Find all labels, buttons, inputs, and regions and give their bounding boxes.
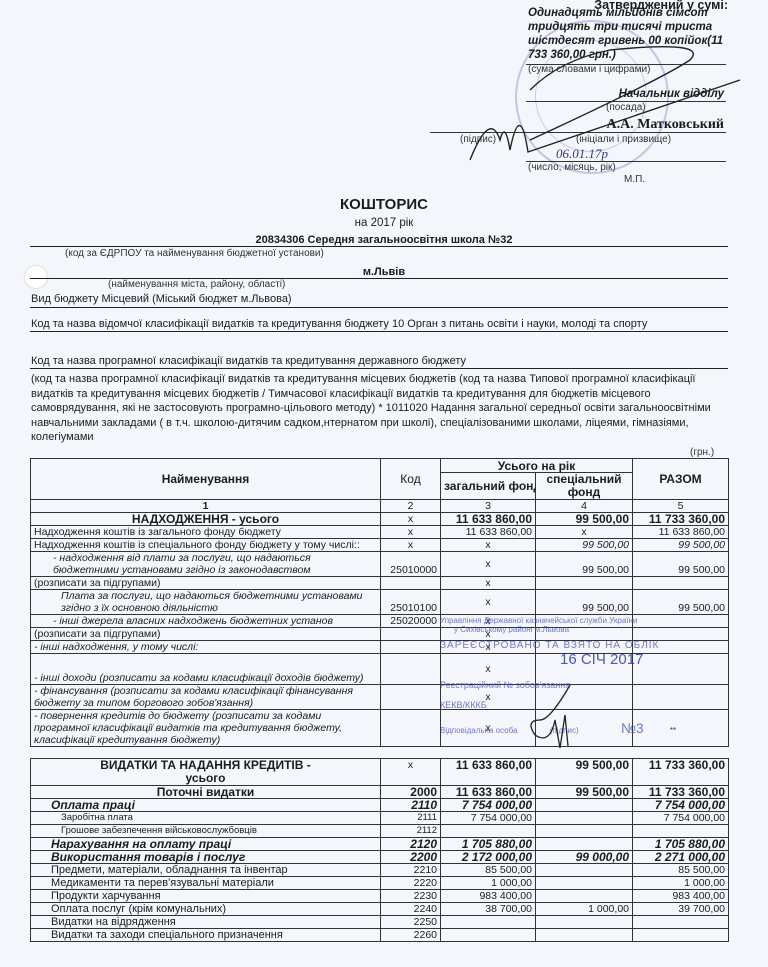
treasury-stamp-number: №3: [621, 720, 644, 736]
cell-name: Видатки та заходи спеціального призначен…: [31, 929, 381, 942]
table-row: ВИДАТКИ ТА НАДАННЯ КРЕДИТІВ - усьогох11 …: [31, 759, 729, 786]
cell-general: 1 000,00: [441, 877, 536, 890]
cell-general: 1 705 880,00: [441, 838, 536, 851]
cell-code: 2000: [381, 786, 441, 799]
cell-name: Оплата послуг (крім комунальних): [31, 903, 381, 916]
cell-general: 2 172 000,00: [441, 851, 536, 864]
cell-total: 7 754 000,00: [633, 812, 729, 825]
cell-special: 99 500,00: [536, 759, 633, 786]
cell-total: 99 500,00: [633, 539, 729, 552]
cell-name: (розписати за підгрупами): [31, 628, 381, 641]
cell-special: [536, 838, 633, 851]
cell-general: 11 633 860,00: [441, 513, 536, 526]
treasury-signature-icon: [520, 680, 600, 750]
cell-total: 11 733 360,00: [633, 786, 729, 799]
col-header-code: Код: [381, 459, 441, 500]
cell-name: Грошове забезпечення військовослужбовців: [31, 825, 381, 838]
col-num: 3: [441, 500, 536, 513]
table-row: Грошове забезпечення військовослужбовців…: [31, 825, 729, 838]
table-row: Надходження коштів із загального фонду б…: [31, 526, 729, 539]
document-year: на 2017 рік: [0, 217, 768, 229]
cell-total: 39 700,00: [633, 903, 729, 916]
cell-special: [536, 864, 633, 877]
cell-total: 11 733 360,00: [633, 513, 729, 526]
cell-total: 7 754 000,00: [633, 799, 729, 812]
signature-scribble-icon: [410, 20, 768, 180]
institution-caption: (код за ЄДРПОУ та найменування бюджетної…: [65, 248, 324, 259]
cell-special: х: [536, 526, 633, 539]
approval-block: Затверджений у сумі: Одинадцять мільйоні…: [440, 0, 768, 190]
table-row: Використання товарів і послуг22002 172 0…: [31, 851, 729, 864]
program-classification: Код та назва програмної класифікації вид…: [31, 355, 466, 367]
city-name: м.Львів: [0, 266, 768, 278]
col-num: 4: [536, 500, 633, 513]
treasury-stamp-line1: Управління Державної казначейської служб…: [440, 616, 690, 625]
local-classification: (код та назва програмної класифікації ви…: [31, 372, 731, 445]
cell-name: Поточні видатки: [31, 786, 381, 799]
cell-name: Медикаменти та перев'язувальні матеріали: [31, 877, 381, 890]
table-row: Заробітна плата21117 754 000,007 754 000…: [31, 812, 729, 825]
budget-type: Вид бюджету Місцевий (Міський бюджет м.Л…: [31, 293, 292, 305]
cell-name: НАДХОДЖЕННЯ - усього: [31, 513, 381, 526]
city-caption: (найменування міста, району, області): [108, 279, 285, 290]
cell-general: х: [441, 552, 536, 577]
table-row: Оплата послуг (крім комунальних)224038 7…: [31, 903, 729, 916]
cell-total: 1 000,00: [633, 877, 729, 890]
expense-table: ВИДАТКИ ТА НАДАННЯ КРЕДИТІВ - усьогох11 …: [30, 758, 729, 942]
cell-special: 99 500,00: [536, 590, 633, 615]
cell-name: Нарахування на оплату праці: [31, 838, 381, 851]
cell-special: [536, 916, 633, 929]
cell-code: 2250: [381, 916, 441, 929]
cell-total: 99 500,00: [633, 590, 729, 615]
cell-general: 11 633 860,00: [441, 526, 536, 539]
cell-code: [381, 710, 441, 747]
cell-special: 99 500,00: [536, 513, 633, 526]
table-row: НАДХОДЖЕННЯ - усьогох11 633 860,0099 500…: [31, 513, 729, 526]
cell-code: х: [381, 513, 441, 526]
table-row: - надходження від плати за послуги, що н…: [31, 552, 729, 577]
cell-code: [381, 577, 441, 590]
cell-code: 2112: [381, 825, 441, 838]
cell-name: - інші доходи (розписати за кодами класи…: [31, 654, 381, 685]
cell-total: [633, 825, 729, 838]
cell-special: [536, 825, 633, 838]
cell-general: 983 400,00: [441, 890, 536, 903]
cell-code: [381, 641, 441, 654]
cell-special: 1 000,00: [536, 903, 633, 916]
cell-total: 85 500,00: [633, 864, 729, 877]
cell-general: 38 700,00: [441, 903, 536, 916]
cell-special: 99 000,00: [536, 851, 633, 864]
cell-total: 983 400,00: [633, 890, 729, 903]
cell-name: Заробітна плата: [31, 812, 381, 825]
currency-label: (грн.): [690, 447, 714, 458]
cell-code: х: [381, 539, 441, 552]
table-row: Нарахування на оплату праці21201 705 880…: [31, 838, 729, 851]
cell-total: 11 633 860,00: [633, 526, 729, 539]
cell-general: 85 500,00: [441, 864, 536, 877]
cell-general: 7 754 000,00: [441, 799, 536, 812]
cell-code: х: [381, 759, 441, 786]
cell-name: ВИДАТКИ ТА НАДАННЯ КРЕДИТІВ - усього: [31, 759, 381, 786]
table-row: Продукти харчування2230983 400,00983 400…: [31, 890, 729, 903]
cell-special: 99 500,00: [536, 539, 633, 552]
document-title: КОШТОРИС: [0, 196, 768, 213]
cell-code: [381, 654, 441, 685]
treasury-stamp-date: 16 СІЧ 2017: [440, 651, 690, 668]
cell-name: - фінансування (розписати за кодами клас…: [31, 685, 381, 710]
col-header-sum: РАЗОМ: [633, 459, 729, 500]
table-row: (розписати за підгрупами)х: [31, 577, 729, 590]
cell-special: 99 500,00: [536, 552, 633, 577]
col-header-total-year: Усього на рік: [441, 459, 633, 473]
cell-code: 25020000: [381, 615, 441, 628]
table-row: Плата за послуги, що надаються бюджетним…: [31, 590, 729, 615]
cell-name: Предмети, матеріали, обладнання та інвен…: [31, 864, 381, 877]
cell-code: 25010100: [381, 590, 441, 615]
col-num: 1: [31, 500, 381, 513]
cell-name: - інші джерела власних надходжень бюджет…: [31, 615, 381, 628]
cell-general: [441, 916, 536, 929]
cell-general: 7 754 000,00: [441, 812, 536, 825]
cell-special: [536, 929, 633, 942]
cell-code: 2120: [381, 838, 441, 851]
table-row: Надходження коштів із спеціального фонду…: [31, 539, 729, 552]
cell-total: 99 500,00: [633, 552, 729, 577]
cell-code: 2210: [381, 864, 441, 877]
cell-name: (розписати за підгрупами): [31, 577, 381, 590]
table-row: Поточні видатки200011 633 860,0099 500,0…: [31, 786, 729, 799]
col-num: 2: [381, 500, 441, 513]
cell-general: [441, 929, 536, 942]
cell-code: 2260: [381, 929, 441, 942]
col-num: 5: [633, 500, 729, 513]
cell-special: [536, 577, 633, 590]
cell-code: 2110: [381, 799, 441, 812]
cell-total: 11 733 360,00: [633, 759, 729, 786]
cell-name: Оплата праці: [31, 799, 381, 812]
table-row: Медикаменти та перев'язувальні матеріали…: [31, 877, 729, 890]
table-row: Видатки та заходи спеціального призначен…: [31, 929, 729, 942]
table-row: Видатки на відрядження2250: [31, 916, 729, 929]
institution-name: 20834306 Середня загальноосвітня школа №…: [0, 234, 768, 246]
table-row: Оплата праці21107 754 000,007 754 000,00: [31, 799, 729, 812]
cell-general: 11 633 860,00: [441, 759, 536, 786]
treasury-stamp-registered: ЗАРЕЄСТРОВАНО ТА ВЗЯТО НА ОБЛІК: [440, 640, 690, 651]
cell-code: [381, 628, 441, 641]
cell-code: 2220: [381, 877, 441, 890]
cell-name: Плата за послуги, що надаються бюджетним…: [31, 590, 381, 615]
table-row: Предмети, матеріали, обладнання та інвен…: [31, 864, 729, 877]
cell-code: 2111: [381, 812, 441, 825]
cell-total: 2 271 000,00: [633, 851, 729, 864]
cell-special: [536, 812, 633, 825]
cell-total: [633, 929, 729, 942]
treasury-stamp-mark: **: [670, 726, 676, 735]
cell-code: х: [381, 526, 441, 539]
cell-name: Надходження коштів із загального фонду б…: [31, 526, 381, 539]
cell-general: [441, 825, 536, 838]
cell-general: х: [441, 590, 536, 615]
cell-name: Видатки на відрядження: [31, 916, 381, 929]
cell-general: 11 633 860,00: [441, 786, 536, 799]
col-header-general-fund: загальний фонд: [441, 473, 536, 500]
cell-special: [536, 890, 633, 903]
department-classification: Код та назва відомчої класифікації видат…: [31, 318, 647, 330]
cell-total: 1 705 880,00: [633, 838, 729, 851]
treasury-stamp-line2: у Сихівському районі м.Львова: [440, 625, 690, 634]
cell-code: 2240: [381, 903, 441, 916]
cell-name: Використання товарів і послуг: [31, 851, 381, 864]
cell-special: 99 500,00: [536, 786, 633, 799]
cell-special: [536, 799, 633, 812]
cell-name: - повернення кредитів до бюджету (розпис…: [31, 710, 381, 747]
col-header-special-fund: спеціальний фонд: [536, 473, 633, 500]
cell-name: Надходження коштів із спеціального фонду…: [31, 539, 381, 552]
cell-name: Продукти харчування: [31, 890, 381, 903]
treasury-stamp-responsible: Відповідальна особа: [440, 726, 517, 735]
cell-special: [536, 877, 633, 890]
cell-total: [633, 577, 729, 590]
cell-total: [633, 916, 729, 929]
cell-name: - надходження від плати за послуги, що н…: [31, 552, 381, 577]
cell-general: х: [441, 539, 536, 552]
cell-code: [381, 685, 441, 710]
cell-code: 2200: [381, 851, 441, 864]
col-header-name: Найменування: [31, 459, 381, 500]
cell-name: - інші надходження, у тому числі:: [31, 641, 381, 654]
cell-code: 2230: [381, 890, 441, 903]
cell-general: х: [441, 577, 536, 590]
cell-code: 25010000: [381, 552, 441, 577]
